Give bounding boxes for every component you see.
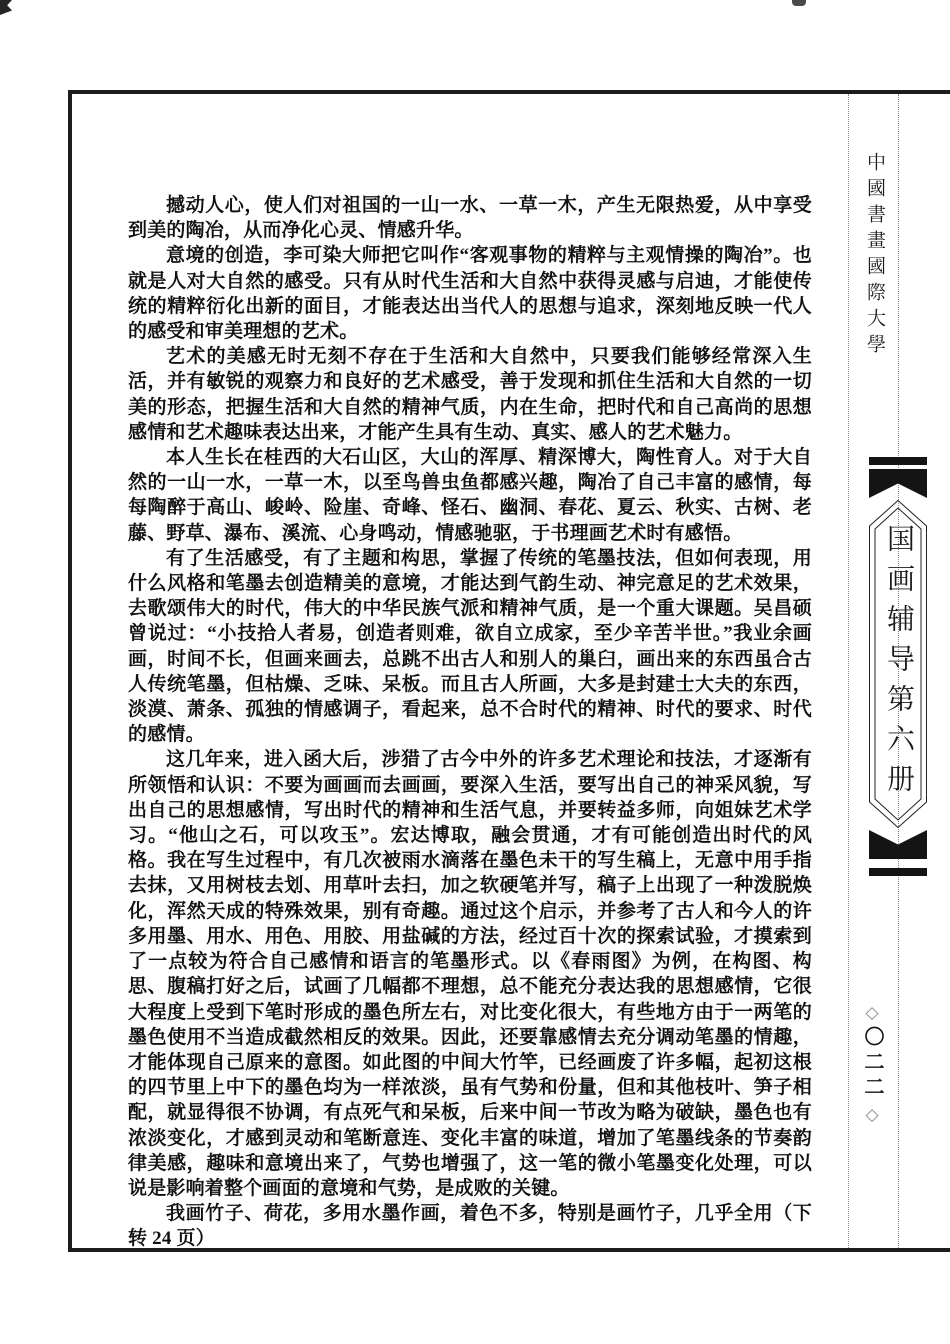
diamond-icon: ◇ (865, 1004, 878, 1021)
volume-label-box: 国画辅导第六册 (869, 500, 927, 828)
paragraph: 本人生长在桂西的大石山区，大山的浑厚、精深博大，陶性育人。对于大自然的一山一水，… (128, 445, 812, 546)
sidebar-rule-left (848, 94, 849, 1248)
paragraph: 这几年来，进入函大后，涉猎了古今中外的许多艺术理论和技法，才逐渐有所领悟和认识：… (128, 747, 812, 1201)
banner-bar-bottom (869, 868, 927, 876)
ribbon-pennant-bottom-icon (869, 830, 927, 859)
university-title-vertical: 中國書畫國際大學 (861, 152, 888, 360)
ribbon-pennant-top-icon (869, 469, 927, 498)
volume-title-vertical: 国画辅导第六册 (878, 524, 918, 804)
article-text: 撼动人心，使人们对祖国的一山一水、一草一木，产生无限热爱，从中享受到美的陶冶，从… (128, 193, 812, 1252)
scan-artifact (0, 0, 12, 15)
page-number: ◇ 〇二二 ◇ (850, 1004, 894, 1123)
paragraph: 意境的创造，李可染大师把它叫作“客观事物的精粹与主观情操的陶冶”。也就是人对大自… (128, 243, 812, 344)
paragraph: 有了生活感受，有了主题和构思，掌握了传统的笔墨技法，但如何表现，用什么风格和笔墨… (128, 546, 812, 748)
paragraph: 艺术的美感无时无刻不存在于生活和大自然中，只要我们能够经常深入生活，并有敏锐的观… (128, 344, 812, 445)
banner-bar-top (869, 457, 927, 465)
volume-marker: 国画辅导第六册 (869, 457, 927, 877)
paragraph: 撼动人心，使人们对祖国的一山一水、一草一木，产生无限热爱，从中享受到美的陶冶，从… (128, 193, 812, 243)
scan-artifact (792, 0, 806, 6)
diamond-icon: ◇ (865, 1106, 878, 1123)
paragraph: 我画竹子、荷花，多用水墨作画，着色不多，特别是画竹子，几乎全用（下转 24 页） (128, 1201, 812, 1251)
page-number-digits: 〇二二 (862, 1026, 882, 1101)
